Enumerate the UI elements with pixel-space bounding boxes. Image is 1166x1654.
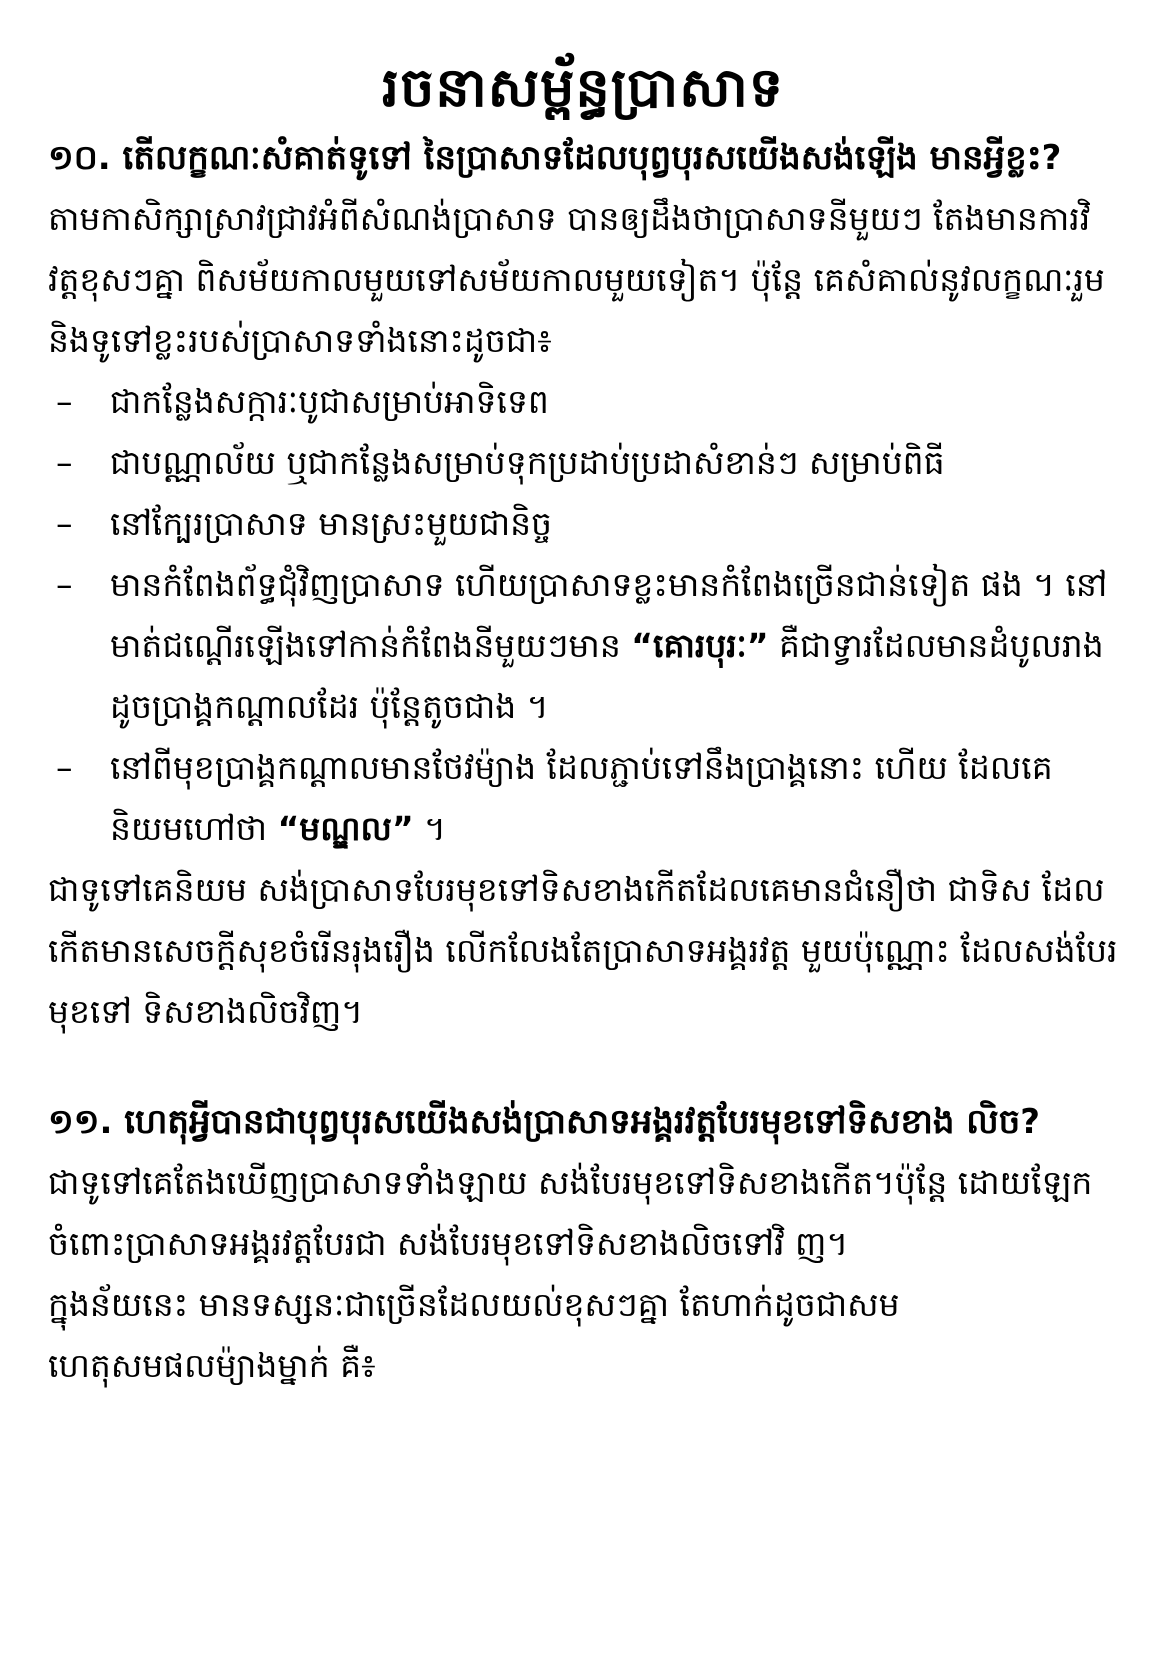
answer-paragraph: ក្នុងន័យនេះ មានទស្សនៈជាច្រើនដែលយល់ខុសៗគ្… bbox=[48, 1274, 1118, 1396]
list-item: – នៅពីមុខប្រាង្គកណ្ដាលមានថែវម៉្យាង ដែលភ្… bbox=[48, 737, 1118, 859]
intro-paragraph: តាមកាសិក្សាស្រាវជ្រាវអំពីសំណង់ប្រាសាទ បា… bbox=[48, 188, 1118, 371]
highlighted-term: “មណ្ឌល” bbox=[278, 809, 414, 848]
section-question-10: ១០. តើលក្ខណៈសំគាត់ទូទៅ នៃប្រាសាទដែលបុព្វ… bbox=[48, 128, 1118, 1042]
feature-list: – ជាកន្លែងសក្ការៈបូជាសម្រាប់អាទិទេព – ជា… bbox=[48, 371, 1118, 859]
dash-bullet-icon: – bbox=[56, 737, 73, 798]
dash-bullet-icon: – bbox=[56, 493, 73, 554]
highlighted-term: “គោរបុរៈ” bbox=[631, 626, 768, 665]
list-item: – ជាបណ្ណាល័យ ឬជាកន្លែងសម្រាប់ទុកប្រដាប់ប… bbox=[48, 432, 1118, 493]
list-item: – នៅក្បែរប្រាសាទ មានស្រះមួយជានិច្ច bbox=[48, 493, 1118, 554]
list-item-text: ។ bbox=[414, 809, 446, 848]
dash-bullet-icon: – bbox=[56, 371, 73, 432]
dash-bullet-icon: – bbox=[56, 432, 73, 493]
list-item: – មានកំពែងព័ទ្ធជុំវិញប្រាសាទ ហើយប្រាសាទខ… bbox=[48, 554, 1118, 737]
conclusion-paragraph: ជាទូទៅគេនិយម សង់ប្រាសាទបែរមុខទៅទិសខាងកើត… bbox=[48, 859, 1118, 1042]
list-item-text: ជាបណ្ណាល័យ ឬជាកន្លែងសម្រាប់ទុកប្រដាប់ប្រ… bbox=[110, 443, 945, 482]
section-question-11: ១១. ហេតុអ្វីបានជាបុព្វបុរសយើងសង់ប្រាសាទអ… bbox=[48, 1092, 1118, 1396]
list-item-text: ជាកន្លែងសក្ការៈបូជាសម្រាប់អាទិទេព bbox=[110, 382, 549, 421]
dash-bullet-icon: – bbox=[56, 554, 73, 615]
answer-paragraph: ជាទូទៅគេតែងឃើញប្រាសាទទាំងឡាយ សង់បែរមុខទៅ… bbox=[48, 1152, 1118, 1274]
section-spacer bbox=[48, 1042, 1118, 1092]
question-heading: ១០. តើលក្ខណៈសំគាត់ទូទៅ នៃប្រាសាទដែលបុព្វ… bbox=[48, 128, 1118, 188]
question-heading: ១១. ហេតុអ្វីបានជាបុព្វបុរសយើងសង់ប្រាសាទអ… bbox=[48, 1092, 1118, 1152]
list-item: – ជាកន្លែងសក្ការៈបូជាសម្រាប់អាទិទេព bbox=[48, 371, 1118, 432]
page-title: រចនាសម្ព័ន្ធប្រាសាទ bbox=[48, 0, 1118, 128]
list-item-text: នៅពីមុខប្រាង្គកណ្ដាលមានថែវម៉្យាង ដែលភ្ជា… bbox=[110, 748, 1053, 848]
list-item-text: នៅក្បែរប្រាសាទ មានស្រះមួយជានិច្ច bbox=[110, 504, 552, 543]
document-page: រចនាសម្ព័ន្ធប្រាសាទ ១០. តើលក្ខណៈសំគាត់ទូ… bbox=[0, 0, 1166, 1396]
